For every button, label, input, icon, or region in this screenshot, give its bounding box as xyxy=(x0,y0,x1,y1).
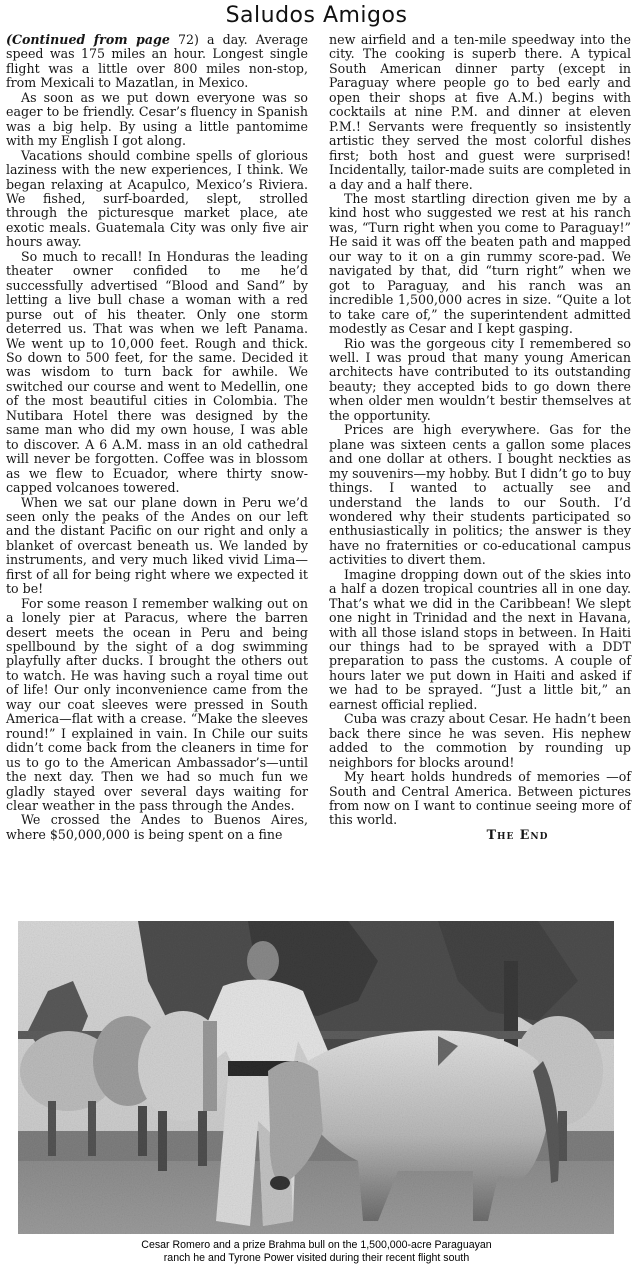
paragraph: Rio was the gorgeous city I remembered s… xyxy=(329,337,631,424)
photo-illustration xyxy=(18,921,614,1234)
continued-page: 72) xyxy=(178,32,199,47)
left-text-column: (Continued from page 72) a day. Average … xyxy=(6,33,308,842)
paragraph: When we sat our plane down in Peru we’d … xyxy=(6,496,308,597)
paragraph: My heart holds hundreds of memories —of … xyxy=(329,770,631,828)
paragraph: Prices are high everywhere. Gas for the … xyxy=(329,423,631,568)
paragraph: Imagine dropping down out of the skies i… xyxy=(329,568,631,713)
paragraph: As soon as we put down everyone was so e… xyxy=(6,91,308,149)
article-title: Saludos Amigos xyxy=(0,2,633,30)
right-text-column: new airfield and a ten-mile speedway int… xyxy=(329,33,631,842)
photo-man-with-bull xyxy=(18,921,614,1234)
paragraph: Vacations should combine spells of glo­r… xyxy=(6,149,308,250)
continued-note: (Continued from page xyxy=(6,32,170,47)
paragraph: The most startling direction given me by… xyxy=(329,192,631,337)
the-end-mark: The End xyxy=(329,828,631,842)
paragraph: We crossed the Andes to Buenos Aires, wh… xyxy=(6,813,308,842)
paragraph: Cuba was crazy about Cesar. He hadn’t be… xyxy=(329,712,631,770)
photo-caption: Cesar Romero and a prize Brahma bull on … xyxy=(0,1239,633,1265)
paragraph: So much to recall! In Honduras the leadi… xyxy=(6,250,308,496)
caption-line-2: ranch he and Tyrone Power visited during… xyxy=(0,1252,633,1265)
paragraph: (Continued from page 72) a day. Average … xyxy=(6,33,308,91)
paragraph: For some reason I remember walking out o… xyxy=(6,597,308,814)
paragraph: new airfield and a ten-mile speedway int… xyxy=(329,33,631,192)
caption-line-1: Cesar Romero and a prize Brahma bull on … xyxy=(0,1239,633,1252)
